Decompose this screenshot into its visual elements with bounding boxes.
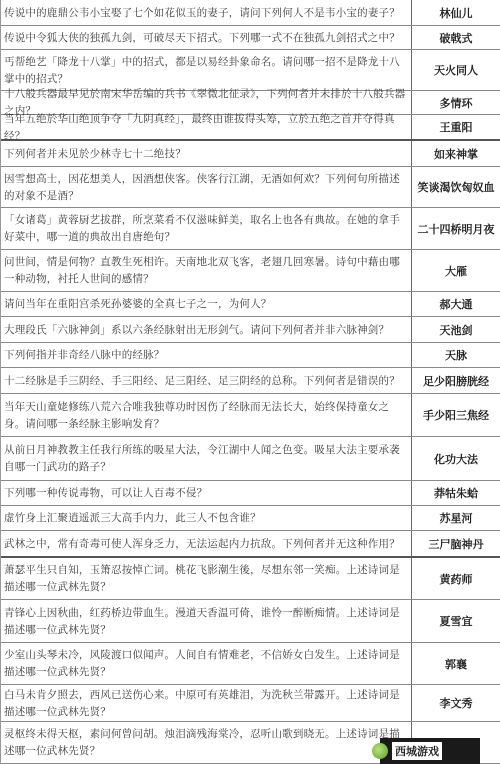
question-cell: 请问当年在重阳宫杀死孙婆婆的全真七子之一，为何人？ — [0, 292, 412, 316]
question-cell: 武林之中，常有奇毒可使人浑身乏力，无法运起内力抗敌。下列何者并无这种作用？ — [0, 531, 412, 556]
question-cell: 下列何指并非奇经八脉中的经脉？ — [0, 343, 412, 367]
watermark-text: 西城游戏 — [392, 742, 442, 760]
table-row: 请问当年在重阳宫杀死孙婆婆的全真七子之一，为何人？郝大通 — [0, 292, 500, 317]
question-cell: 萧瑟平生只自知，玉箫忍按悼亡词。桃花飞影潮生後，尽想东邻一笑痴。上述诗词是描述哪… — [0, 558, 412, 599]
answer-cell: 林仙儿 — [412, 0, 500, 25]
answer-cell: 天池剑 — [412, 317, 500, 342]
question-cell: 少室山头琴未冷，风陵渡口似闻声。人间自有情难老，不信娇女白发生。上述诗词是描述哪… — [0, 643, 412, 684]
table-row: 虚竹身上汇聚逍遥派三大高手内力，此三人不包含谁？苏星河 — [0, 506, 500, 531]
quiz-answer-table: 传说中的鹿鼎公韦小宝娶了七个如花似玉的妻子，请问下列何人不是韦小宝的妻子？林仙儿… — [0, 0, 500, 764]
table-row: 当年五绝於华山绝顶争夺「九阴真经」，最终由谁拔得头筹，立於五绝之首并夺得真经？王… — [0, 115, 500, 141]
table-row: 下列哪一种传说毒物，可以让人百毒不侵？莽牯朱蛤 — [0, 481, 500, 506]
table-row: 少室山头琴未冷，风陵渡口似闻声。人间自有情难老，不信娇女白发生。上述诗词是描述哪… — [0, 643, 500, 685]
question-cell: 白马未肯夕照去，西风已送伤心来。中原可有英雄泪，为洗秋兰带露开。上述诗词是描述哪… — [0, 685, 412, 721]
question-cell: 因雪想高士，因花想美人，因酒想侠客。侠客行江湖，无酒如何欢？下列何句所描述的对象… — [0, 167, 412, 207]
answer-cell: 郭襄 — [412, 643, 500, 684]
watermark: 西城游戏 — [380, 738, 480, 764]
question-cell: 下列哪一种传说毒物，可以让人百毒不侵？ — [0, 481, 412, 505]
table-row: 「女诸葛」黄蓉厨艺拔群，所烹菜肴不仅滋味鲜美，取名上也各有典故。在她的拿手好菜中… — [0, 208, 500, 250]
table-row: 武林之中，常有奇毒可使人浑身乏力，无法运起内力抗敌。下列何者并无这种作用？三尸脑… — [0, 531, 500, 558]
question-cell: 传说中的鹿鼎公韦小宝娶了七个如花似玉的妻子，请问下列何人不是韦小宝的妻子？ — [0, 0, 412, 25]
question-cell: 「女诸葛」黄蓉厨艺拔群，所烹菜肴不仅滋味鲜美，取名上也各有典故。在她的拿手好菜中… — [0, 208, 412, 249]
answer-cell: 足少阳膀胱经 — [412, 368, 500, 393]
table-row: 传说中的鹿鼎公韦小宝娶了七个如花似玉的妻子，请问下列何人不是韦小宝的妻子？林仙儿 — [0, 0, 500, 26]
table-row: 青锋心上因秋曲，红药桥边带血生。漫道天香温可倚，谁怜一醉断痴情。上述诗词是描述哪… — [0, 600, 500, 643]
question-cell: 传说中令狐大侠的独孤九剑，可破尽天下招式。下列哪一式不在独孤九剑招式之中？ — [0, 26, 412, 49]
question-cell: 青锋心上因秋曲，红药桥边带血生。漫道天香温可倚，谁怜一醉断痴情。上述诗词是描述哪… — [0, 600, 412, 642]
question-cell: 虚竹身上汇聚逍遥派三大高手内力，此三人不包含谁？ — [0, 506, 412, 530]
answer-cell: 多情环 — [412, 91, 500, 114]
answer-cell: 王重阳 — [412, 115, 500, 139]
answer-cell: 黄药师 — [412, 558, 500, 599]
question-cell: 灵枢终未得天枢，素问何曾问胡。烛泪滴残海棠冷，忍听山歌到晓无。上述诗词是描述哪一… — [0, 722, 412, 763]
table-row: 当年天山童姥修练八荒六合唯我独尊功时因伤了经脉而无法长大，始终保持童女之身。请问… — [0, 394, 500, 437]
answer-cell: 大雁 — [412, 250, 500, 291]
answer-cell: 三尸脑神丹 — [412, 531, 500, 556]
answer-cell: 李文秀 — [412, 685, 500, 721]
site-logo-icon — [372, 743, 388, 759]
table-row: 大理段氏「六脉神剑」系以六条经脉射出无形剑气。请问下列何者并非六脉神剑？天池剑 — [0, 317, 500, 343]
answer-cell: 笑谈渴饮匈奴血 — [412, 167, 500, 207]
answer-cell: 手少阳三焦经 — [412, 394, 500, 436]
answer-cell: 莽牯朱蛤 — [412, 481, 500, 505]
table-row: 萧瑟平生只自知，玉箫忍按悼亡词。桃花飞影潮生後，尽想东邻一笑痴。上述诗词是描述哪… — [0, 558, 500, 600]
answer-cell: 破戟式 — [412, 26, 500, 49]
answer-cell: 如来神掌 — [412, 141, 500, 166]
table-row: 白马未肯夕照去，西风已送伤心来。中原可有英雄泪，为洗秋兰带露开。上述诗词是描述哪… — [0, 685, 500, 722]
question-cell: 大理段氏「六脉神剑」系以六条经脉射出无形剑气。请问下列何者并非六脉神剑？ — [0, 317, 412, 342]
question-cell: 下列何者并未见於少林寺七十二绝技？ — [0, 141, 412, 166]
answer-cell: 郝大通 — [412, 292, 500, 316]
table-row: 传说中令狐大侠的独孤九剑，可破尽天下招式。下列哪一式不在独孤九剑招式之中？破戟式 — [0, 26, 500, 50]
question-cell: 丐帮绝艺「降龙十八掌」中的招式，都是以易经卦象命名。请问哪一招不是降龙十八掌中的… — [0, 50, 412, 90]
question-cell: 问世间，情是何物？直教生死相许。天南地北双飞客，老翅几回寒暑。诗句中藉由哪一种动… — [0, 250, 412, 291]
answer-cell: 天脉 — [412, 343, 500, 367]
table-row: 下列何指并非奇经八脉中的经脉？天脉 — [0, 343, 500, 368]
answer-cell: 苏星河 — [412, 506, 500, 530]
table-row: 丐帮绝艺「降龙十八掌」中的招式，都是以易经卦象命名。请问哪一招不是降龙十八掌中的… — [0, 50, 500, 91]
question-cell: 十二经脉是手三阴经、手三阳经、足三阳经、足三阴经的总称。下列何者是错误的？ — [0, 368, 412, 393]
table-row: 十二经脉是手三阴经、手三阳经、足三阳经、足三阴经的总称。下列何者是错误的？足少阳… — [0, 368, 500, 394]
table-row: 从前日月神教教主任我行所练的吸星大法，令江湖中人闻之色变。吸星大法主要承袭自哪一… — [0, 437, 500, 481]
answer-cell: 天火同人 — [412, 50, 500, 90]
question-cell: 当年五绝於华山绝顶争夺「九阴真经」，最终由谁拔得头筹，立於五绝之首并夺得真经？ — [0, 115, 412, 139]
answer-cell: 化功大法 — [412, 437, 500, 480]
question-cell: 从前日月神教教主任我行所练的吸星大法，令江湖中人闻之色变。吸星大法主要承袭自哪一… — [0, 437, 412, 480]
answer-cell: 二十四桥明月夜 — [412, 208, 500, 249]
table-row: 问世间，情是何物？直教生死相许。天南地北双飞客，老翅几回寒暑。诗句中藉由哪一种动… — [0, 250, 500, 292]
table-row: 下列何者并未见於少林寺七十二绝技？如来神掌 — [0, 141, 500, 167]
table-left-border — [0, 0, 1, 764]
answer-cell: 夏雪宜 — [412, 600, 500, 642]
question-cell: 当年天山童姥修练八荒六合唯我独尊功时因伤了经脉而无法长大，始终保持童女之身。请问… — [0, 394, 412, 436]
table-row: 因雪想高士，因花想美人，因酒想侠客。侠客行江湖，无酒如何欢？下列何句所描述的对象… — [0, 167, 500, 208]
